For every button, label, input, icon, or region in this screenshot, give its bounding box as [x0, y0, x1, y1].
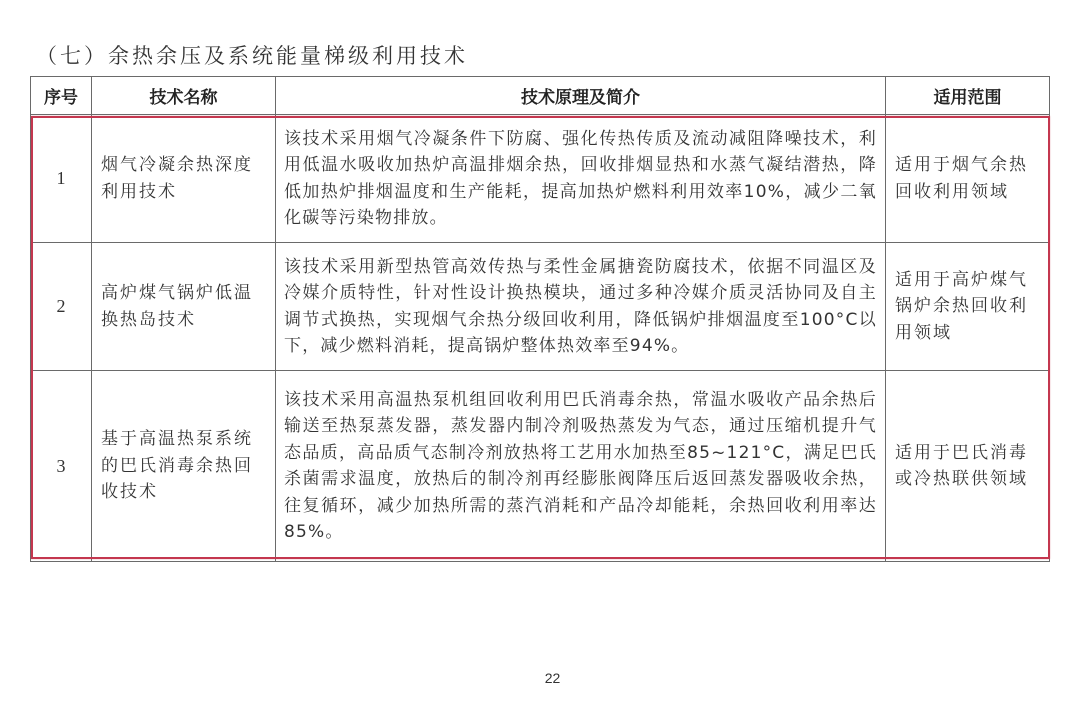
- table-row: 1 烟气冷凝余热深度利用技术 该技术采用烟气冷凝条件下防腐、强化传热传质及流动减…: [31, 115, 1050, 243]
- header-scope: 适用范围: [886, 77, 1050, 115]
- header-no: 序号: [31, 77, 92, 115]
- cell-description: 该技术采用烟气冷凝条件下防腐、强化传热传质及流动减阻降噪技术，利用低温水吸收加热…: [276, 115, 886, 243]
- table-header-row: 序号 技术名称 技术原理及简介 适用范围: [31, 77, 1050, 115]
- cell-name: 高炉煤气锅炉低温换热岛技术: [92, 243, 276, 371]
- cell-scope: 适用于烟气余热回收利用领域: [886, 115, 1050, 243]
- cell-name: 烟气冷凝余热深度利用技术: [92, 115, 276, 243]
- cell-scope: 适用于巴氏消毒或冷热联供领域: [886, 371, 1050, 562]
- header-name: 技术名称: [92, 77, 276, 115]
- cell-no: 1: [31, 115, 92, 243]
- cell-no: 3: [31, 371, 92, 562]
- page-number: 22: [0, 670, 1080, 686]
- table-row: 3 基于高温热泵系统的巴氏消毒余热回收技术 该技术采用高温热泵机组回收利用巴氏消…: [31, 371, 1050, 562]
- technology-table: 序号 技术名称 技术原理及简介 适用范围 1 烟气冷凝余热深度利用技术 该技术采…: [30, 76, 1050, 562]
- cell-name: 基于高温热泵系统的巴氏消毒余热回收技术: [92, 371, 276, 562]
- table-row: 2 高炉煤气锅炉低温换热岛技术 该技术采用新型热管高效传热与柔性金属搪瓷防腐技术…: [31, 243, 1050, 371]
- section-title: （七）余热余压及系统能量梯级利用技术: [36, 40, 468, 70]
- header-description: 技术原理及简介: [276, 77, 886, 115]
- cell-no: 2: [31, 243, 92, 371]
- cell-description: 该技术采用新型热管高效传热与柔性金属搪瓷防腐技术，依据不同温区及冷媒介质特性，针…: [276, 243, 886, 371]
- cell-description: 该技术采用高温热泵机组回收利用巴氏消毒余热，常温水吸收产品余热后输送至热泵蒸发器…: [276, 371, 886, 562]
- cell-scope: 适用于高炉煤气锅炉余热回收利用领域: [886, 243, 1050, 371]
